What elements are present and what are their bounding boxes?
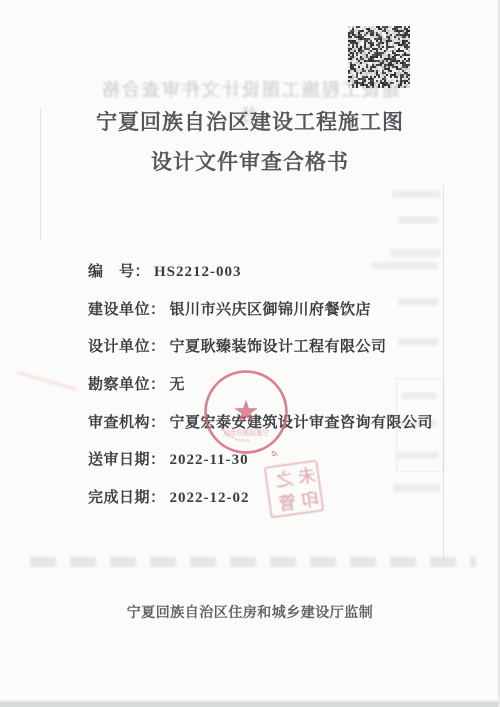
- field-label: 勘察单位：: [88, 376, 166, 393]
- field-value: 宁夏耿臻装饰设计工程有限公司: [170, 338, 387, 355]
- field-value: 宁夏宏泰安建筑设计审查咨询有限公司: [170, 414, 434, 431]
- field-value: 2022-11-30: [170, 452, 249, 468]
- field-label: 编 号：: [88, 263, 150, 280]
- field-row-survey-unit: 勘察单位：无: [88, 373, 185, 391]
- field-row-review-agency: 审查机构：宁夏宏泰安建筑设计审查咨询有限公司: [88, 411, 433, 429]
- bleed-through-pink-streak: [17, 371, 77, 390]
- bleed-through-text-blob: [398, 338, 438, 346]
- field-label: 审查机构：: [88, 414, 166, 431]
- qr-code: [348, 26, 410, 88]
- field-label: 建设单位：: [88, 301, 166, 318]
- bleed-through-table-line-right: [443, 185, 444, 560]
- field-label: 送审日期：: [88, 451, 166, 468]
- document-title-line2: 设计文件审查合格书: [0, 146, 500, 176]
- bleed-through-text-blob: [392, 190, 440, 198]
- issuing-authority-footer: 宁夏回族自治区住房和城乡建设厅监制: [0, 602, 500, 622]
- field-value: 无: [170, 376, 186, 393]
- bleed-through-text-blob: [398, 216, 438, 224]
- scan-edge-bottom: [0, 702, 500, 707]
- field-label: 设计单位：: [88, 338, 166, 355]
- bleed-through-text-blob: [402, 392, 436, 399]
- bleed-through-text-line: [30, 557, 476, 567]
- scan-edge-shadow: [0, 700, 500, 702]
- field-value: 2022-12-02: [170, 490, 250, 506]
- bleed-through-text-blob: [372, 262, 438, 269]
- field-row-completion-date: 完成日期：2022-12-02: [88, 486, 250, 504]
- bleed-through-text-blob: [398, 452, 438, 459]
- field-value: HS2212-003: [154, 264, 242, 280]
- bleed-through-text-blob: [398, 298, 438, 306]
- document-title-line1: 宁夏回族自治区建设工程施工图: [0, 106, 500, 136]
- field-row-design-unit: 设计单位：宁夏耿臻装饰设计工程有限公司: [88, 335, 387, 353]
- bleed-through-text-blob: [394, 484, 440, 492]
- bleed-through-text-blob: [390, 249, 440, 257]
- field-row-submission-date: 送审日期：2022-11-30: [88, 448, 249, 466]
- field-row-number: 编 号：HS2212-003: [88, 260, 242, 278]
- bleed-through-square-stamp: 未之印管: [264, 459, 325, 518]
- field-label: 完成日期：: [88, 489, 166, 506]
- field-row-construction-unit: 建设单位：银川市兴庆区御锦川府餐饮店: [88, 298, 371, 316]
- field-value: 银川市兴庆区御锦川府餐饮店: [170, 301, 372, 318]
